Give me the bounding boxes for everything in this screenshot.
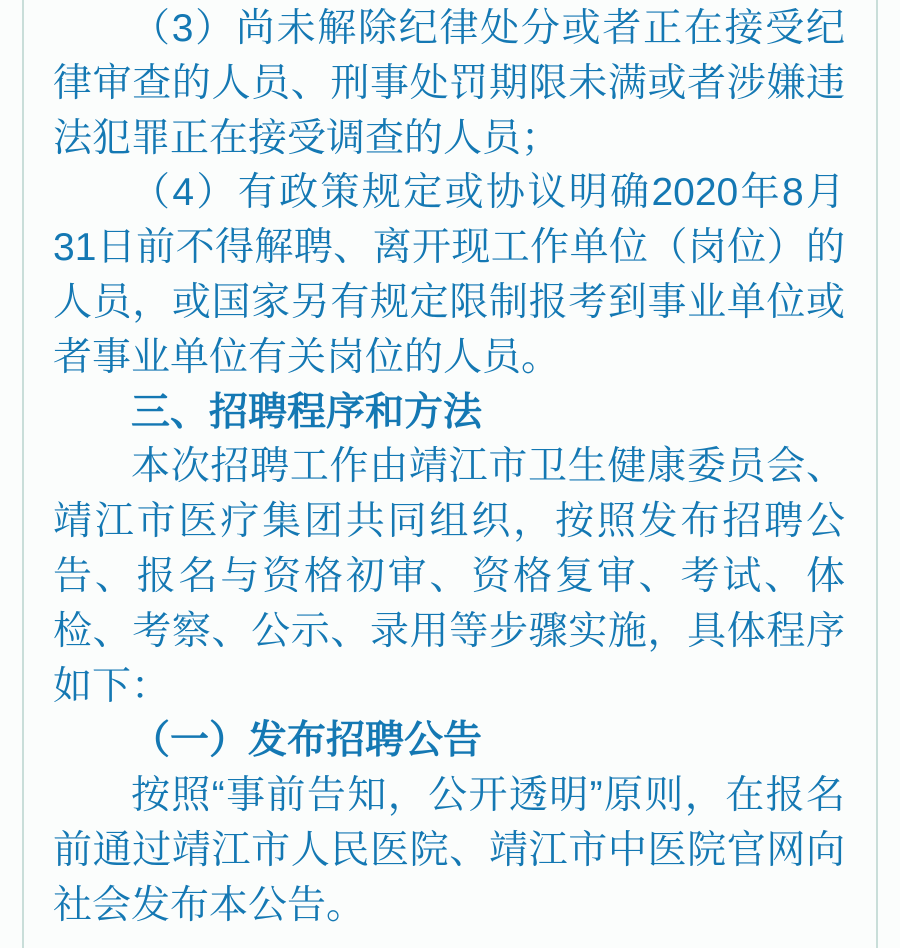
paragraph: （3）尚未解除纪律处分或者正在接受纪律审查的人员、刑事处罚期限未满或者涉嫌违法犯… [53,2,845,166]
section-heading: （一）发布招聘公告 [53,714,845,769]
paragraph: 按照“事前告知，公开透明”原则，在报名前通过靖江市人民医院、靖江市中医院官网向社… [53,769,845,933]
paragraph: （4）有政策规定或协议明确2020年8月31日前不得解聘、离开现工作单位（岗位）… [53,166,845,385]
announcement-content: （3）尚未解除纪律处分或者正在接受纪律审查的人员、刑事处罚期限未满或者涉嫌违法犯… [53,2,845,934]
paragraph: 本次招聘工作由靖江市卫生健康委员会、靖江市医疗集团共同组织，按照发布招聘公告、报… [53,440,845,714]
announcement-page: （3）尚未解除纪律处分或者正在接受纪律审查的人员、刑事处罚期限未满或者涉嫌违法犯… [0,0,900,948]
left-border-line [22,0,24,948]
section-heading: 三、招聘程序和方法 [53,386,845,441]
right-border-line [876,0,878,948]
